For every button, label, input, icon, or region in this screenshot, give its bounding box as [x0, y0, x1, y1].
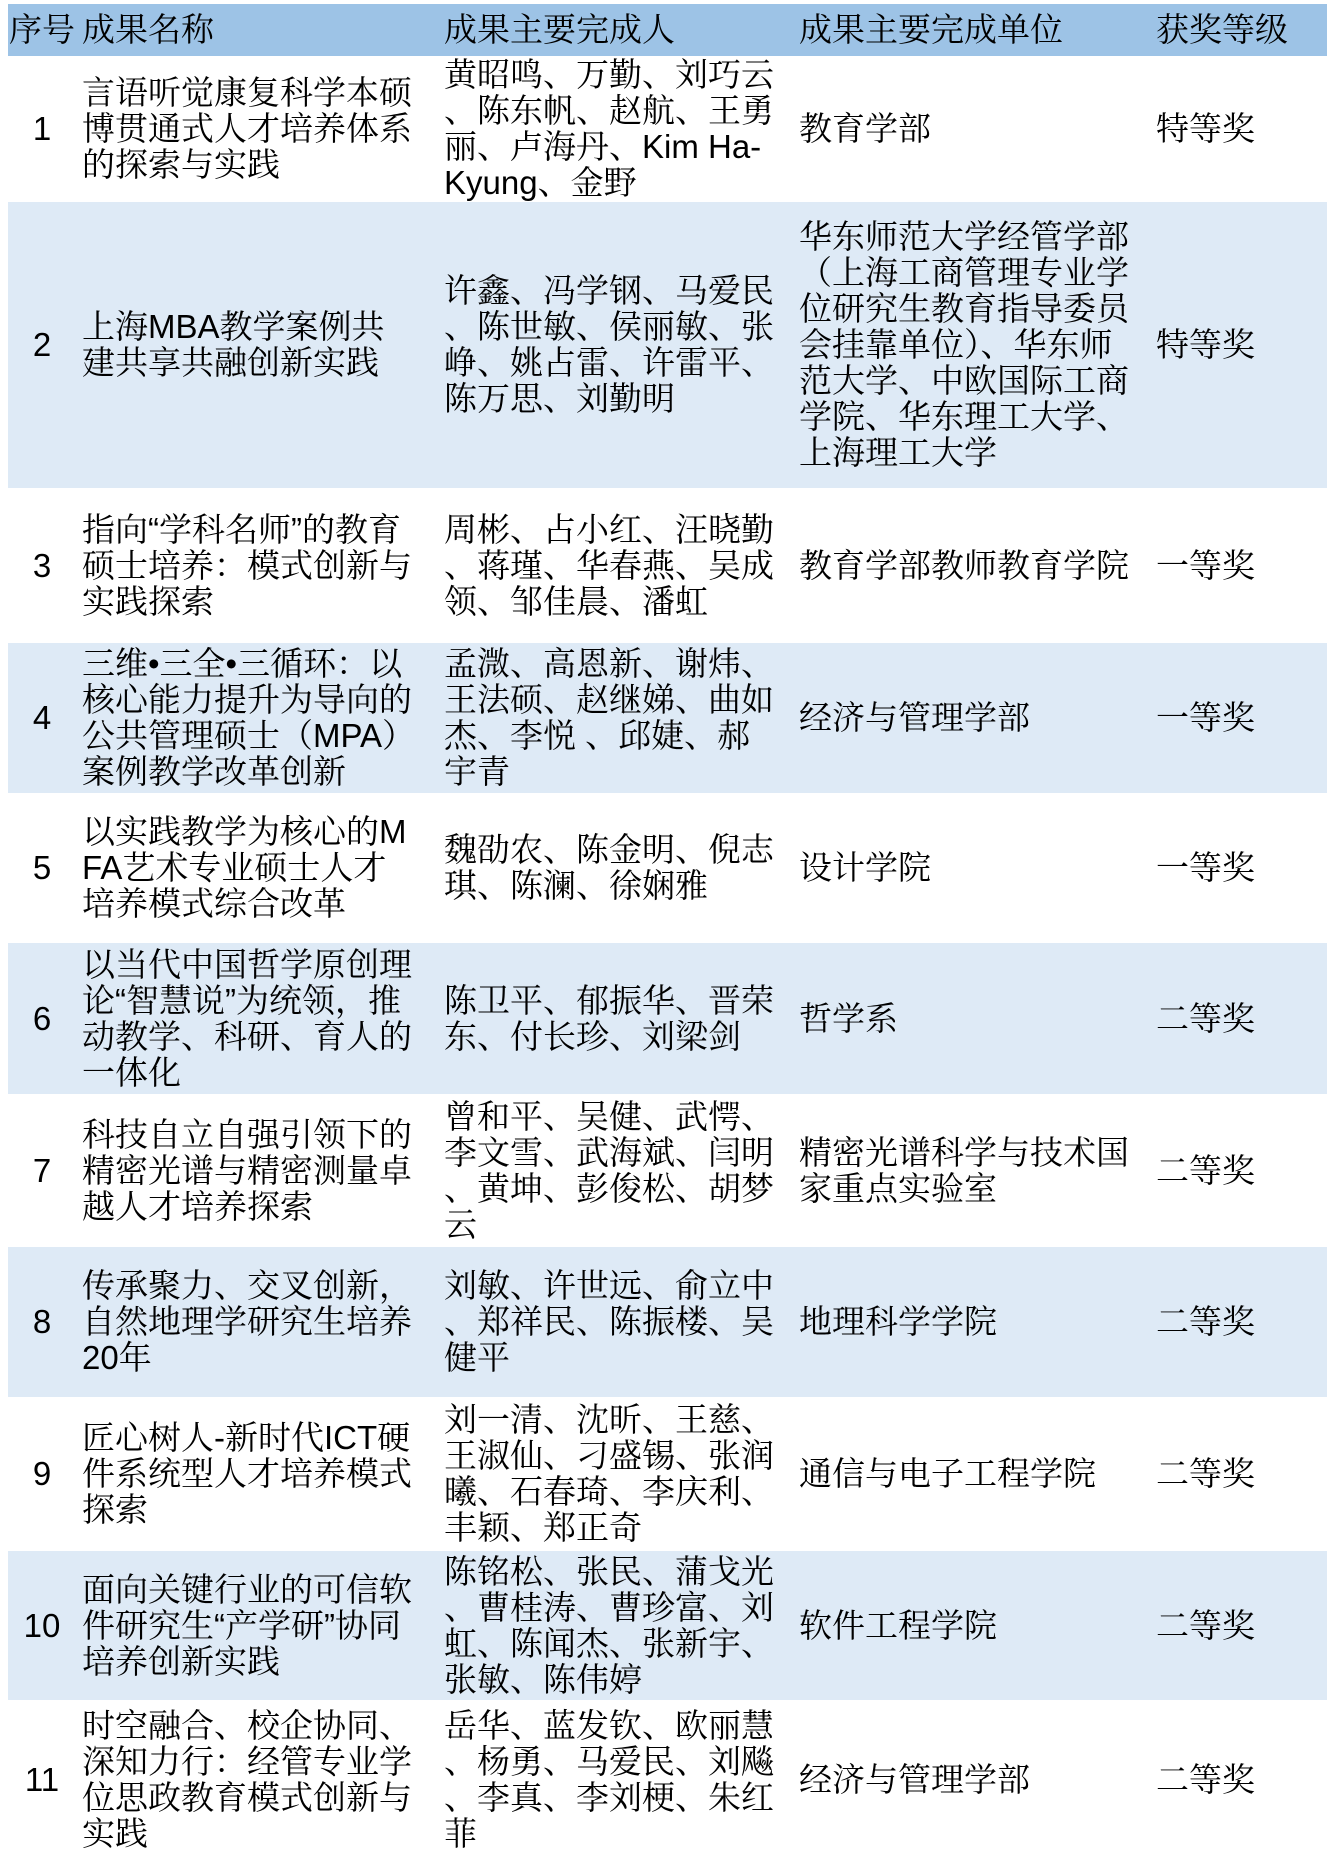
cell-achievement-name: 科技自立自强引领下的精密光谱与精密测量卓越人才培养探索 [76, 1094, 436, 1247]
cell-main-unit: 教育学部 [788, 56, 1148, 202]
table-row: 8传承聚力、交叉创新，自然地理学研究生培养20年刘敏、许世远、俞立中、郑祥民、陈… [8, 1247, 1327, 1397]
cell-achievement-name: 指向“学科名师”的教育硕士培养：模式创新与实践探索 [76, 488, 436, 643]
cell-main-unit: 哲学系 [788, 943, 1148, 1094]
cell-award-level: 二等奖 [1148, 943, 1327, 1094]
cell-main-unit: 经济与管理学部 [788, 643, 1148, 793]
cell-main-unit: 地理科学学院 [788, 1247, 1148, 1397]
cell-main-unit: 通信与电子工程学院 [788, 1397, 1148, 1551]
cell-index: 4 [8, 643, 76, 793]
cell-index: 5 [8, 793, 76, 943]
col-header-achievement-name: 成果名称 [76, 4, 436, 56]
document-page: 序号成果名称成果主要完成人成果主要完成单位获奖等级 1言语听觉康复科学本硕博贯通… [0, 0, 1333, 1854]
cell-main-unit: 软件工程学院 [788, 1551, 1148, 1700]
table-row: 2上海MBA教学案例共建共享共融创新实践许鑫、冯学钢、马爱民、陈世敏、侯丽敏、张… [8, 202, 1327, 488]
col-header-main-contributors: 成果主要完成人 [436, 4, 788, 56]
cell-index: 10 [8, 1551, 76, 1700]
cell-main-contributors: 刘敏、许世远、俞立中、郑祥民、陈振楼、吴健平 [436, 1247, 788, 1397]
cell-main-unit: 教育学部教师教育学院 [788, 488, 1148, 643]
cell-index: 8 [8, 1247, 76, 1397]
cell-main-contributors: 曾和平、吴健、武愕、李文雪、武海斌、闫明、黄坤、彭俊松、胡梦云 [436, 1094, 788, 1247]
cell-award-level: 二等奖 [1148, 1397, 1327, 1551]
cell-achievement-name: 言语听觉康复科学本硕博贯通式人才培养体系的探索与实践 [76, 56, 436, 202]
cell-main-contributors: 陈卫平、郁振华、晋荣东、付长珍、刘梁剑 [436, 943, 788, 1094]
table-row: 3指向“学科名师”的教育硕士培养：模式创新与实践探索周彬、占小红、汪晓勤、蒋瑾、… [8, 488, 1327, 643]
cell-achievement-name: 三维•三全•三循环：以核心能力提升为导向的公共管理硕士（MPA）案例教学改革创新 [76, 643, 436, 793]
cell-achievement-name: 上海MBA教学案例共建共享共融创新实践 [76, 202, 436, 488]
cell-main-unit: 精密光谱科学与技术国家重点实验室 [788, 1094, 1148, 1247]
cell-award-level: 二等奖 [1148, 1247, 1327, 1397]
cell-main-contributors: 周彬、占小红、汪晓勤、蒋瑾、华春燕、吴成领、邹佳晨、潘虹 [436, 488, 788, 643]
cell-main-contributors: 许鑫、冯学钢、马爱民、陈世敏、侯丽敏、张峥、姚占雷、许雷平、陈万思、刘勤明 [436, 202, 788, 488]
col-header-award-level: 获奖等级 [1148, 4, 1327, 56]
cell-main-unit: 设计学院 [788, 793, 1148, 943]
awards-table: 序号成果名称成果主要完成人成果主要完成单位获奖等级 1言语听觉康复科学本硕博贯通… [8, 4, 1327, 1854]
cell-main-contributors: 岳华、蓝发钦、欧丽慧、杨勇、马爱民、刘飚、李真、李刘梗、朱红菲 [436, 1700, 788, 1854]
cell-award-level: 特等奖 [1148, 56, 1327, 202]
col-header-index: 序号 [8, 4, 76, 56]
table-row: 10面向关键行业的可信软件研究生“产学研”协同培养创新实践陈铭松、张民、蒲戈光、… [8, 1551, 1327, 1700]
table-body: 1言语听觉康复科学本硕博贯通式人才培养体系的探索与实践黄昭鸣、万勤、刘巧云、陈东… [8, 56, 1327, 1854]
col-header-main-unit: 成果主要完成单位 [788, 4, 1148, 56]
cell-main-contributors: 刘一清、沈昕、王慈、王淑仙、刁盛锡、张润曦、石春琦、李庆利、丰颖、郑正奇 [436, 1397, 788, 1551]
cell-main-contributors: 黄昭鸣、万勤、刘巧云、陈东帆、赵航、王勇丽、卢海丹、Kim Ha-Kyung、金… [436, 56, 788, 202]
table-row: 1言语听觉康复科学本硕博贯通式人才培养体系的探索与实践黄昭鸣、万勤、刘巧云、陈东… [8, 56, 1327, 202]
cell-achievement-name: 以当代中国哲学原创理论“智慧说”为统领，推动教学、科研、育人的一体化 [76, 943, 436, 1094]
table-row: 6以当代中国哲学原创理论“智慧说”为统领，推动教学、科研、育人的一体化陈卫平、郁… [8, 943, 1327, 1094]
cell-achievement-name: 传承聚力、交叉创新，自然地理学研究生培养20年 [76, 1247, 436, 1397]
cell-award-level: 特等奖 [1148, 202, 1327, 488]
table-row: 7科技自立自强引领下的精密光谱与精密测量卓越人才培养探索曾和平、吴健、武愕、李文… [8, 1094, 1327, 1247]
cell-achievement-name: 时空融合、校企协同、深知力行：经管专业学位思政教育模式创新与实践 [76, 1700, 436, 1854]
cell-index: 3 [8, 488, 76, 643]
cell-index: 11 [8, 1700, 76, 1854]
cell-index: 9 [8, 1397, 76, 1551]
cell-award-level: 一等奖 [1148, 488, 1327, 643]
cell-index: 7 [8, 1094, 76, 1247]
cell-main-unit: 经济与管理学部 [788, 1700, 1148, 1854]
cell-index: 6 [8, 943, 76, 1094]
cell-main-unit: 华东师范大学经管学部（上海工商管理专业学位研究生教育指导委员会挂靠单位）、华东师… [788, 202, 1148, 488]
cell-achievement-name: 匠心树人-新时代ICT硬件系统型人才培养模式探索 [76, 1397, 436, 1551]
cell-main-contributors: 陈铭松、张民、蒲戈光、曹桂涛、曹珍富、刘虹、陈闻杰、张新宇、张敏、陈伟婷 [436, 1551, 788, 1700]
cell-award-level: 二等奖 [1148, 1551, 1327, 1700]
cell-index: 2 [8, 202, 76, 488]
table-row: 5以实践教学为核心的MFA艺术专业硕士人才培养模式综合改革魏劭农、陈金明、倪志琪… [8, 793, 1327, 943]
cell-main-contributors: 魏劭农、陈金明、倪志琪、陈澜、徐娴雅 [436, 793, 788, 943]
table-header-row: 序号成果名称成果主要完成人成果主要完成单位获奖等级 [8, 4, 1327, 56]
table-row: 11时空融合、校企协同、深知力行：经管专业学位思政教育模式创新与实践岳华、蓝发钦… [8, 1700, 1327, 1854]
cell-achievement-name: 以实践教学为核心的MFA艺术专业硕士人才培养模式综合改革 [76, 793, 436, 943]
table-row: 4三维•三全•三循环：以核心能力提升为导向的公共管理硕士（MPA）案例教学改革创… [8, 643, 1327, 793]
table-row: 9匠心树人-新时代ICT硬件系统型人才培养模式探索刘一清、沈昕、王慈、王淑仙、刁… [8, 1397, 1327, 1551]
cell-award-level: 一等奖 [1148, 793, 1327, 943]
cell-achievement-name: 面向关键行业的可信软件研究生“产学研”协同培养创新实践 [76, 1551, 436, 1700]
cell-main-contributors: 孟溦、高恩新、谢炜、王法硕、赵继娣、曲如杰、李悦 、邱婕、郝宇青 [436, 643, 788, 793]
cell-award-level: 二等奖 [1148, 1094, 1327, 1247]
cell-award-level: 二等奖 [1148, 1700, 1327, 1854]
cell-index: 1 [8, 56, 76, 202]
cell-award-level: 一等奖 [1148, 643, 1327, 793]
